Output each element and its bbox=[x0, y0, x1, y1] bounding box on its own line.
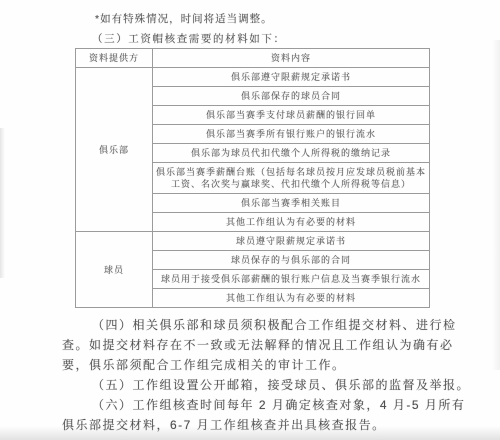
materials-table: 资料提供方 资料内容 俱乐部俱乐部遵守限薪规定承诺书俱乐部保存的球员合同俱乐部当… bbox=[75, 48, 430, 308]
table-row: 俱乐部俱乐部遵守限薪规定承诺书 bbox=[76, 68, 430, 87]
table-header-row: 资料提供方 资料内容 bbox=[76, 49, 430, 68]
material-cell: 球员遵守限薪规定承诺书 bbox=[153, 232, 430, 251]
table-header-provider: 资料提供方 bbox=[76, 49, 153, 68]
body-paragraphs: （四）相关俱乐部和球员须积极配合工作组提交材料、进行检查。如提交材料存在不一致或… bbox=[62, 315, 467, 435]
paragraph-line: （五）工作组设置公开邮箱，接受球员、俱乐部的监督及举报。 bbox=[62, 375, 467, 395]
section-three-heading: （三）工资帽核查需要的材料如下： bbox=[92, 31, 286, 46]
provider-cell: 球员 bbox=[76, 232, 153, 308]
provider-cell: 俱乐部 bbox=[76, 68, 153, 232]
paragraph-line: 要，俱乐部须配合工作组完成相关的审计工作。 bbox=[62, 355, 467, 375]
paragraph-line: 查。如提交材料存在不一致或无法解释的情况且工作组认为确有必 bbox=[62, 335, 467, 355]
special-note-line: *如有特殊情况，时间将适当调整。 bbox=[95, 11, 273, 26]
material-cell: 俱乐部当赛季所有银行账户的银行流水 bbox=[153, 125, 430, 144]
table-row: 球员球员遵守限薪规定承诺书 bbox=[76, 232, 430, 251]
material-cell: 俱乐部保存的球员合同 bbox=[153, 87, 430, 106]
material-cell: 俱乐部为球员代扣代缴个人所得税的缴纳记录 bbox=[153, 144, 430, 163]
table-header-content: 资料内容 bbox=[153, 49, 430, 68]
material-cell: 其他工作组认为有必要的材料 bbox=[153, 213, 430, 232]
scan-artifact-left bbox=[0, 128, 5, 278]
scan-artifact-right bbox=[492, 40, 500, 370]
material-cell: 俱乐部遵守限薪规定承诺书 bbox=[153, 68, 430, 87]
material-cell: 俱乐部当赛季薪酬台账（包括每名球员按月应发球员税前基本工资、名次奖与赢球奖、代扣… bbox=[153, 163, 430, 194]
material-cell: 其他工作组认为有必要的材料 bbox=[153, 289, 430, 308]
material-cell: 球员保存的与俱乐部的合同 bbox=[153, 251, 430, 270]
paragraph-line: （四）相关俱乐部和球员须积极配合工作组提交材料、进行检 bbox=[62, 315, 467, 335]
scanned-document-page: *如有特殊情况，时间将适当调整。 （三）工资帽核查需要的材料如下： 资料提供方 … bbox=[0, 0, 500, 440]
paragraph-line: 俱乐部提交材料，6-7 月工作组核查并出具核查报告。 bbox=[62, 415, 467, 435]
paragraph-line: （六）工作组核查时间每年 2 月确定核查对象，4 月-5 月所有 bbox=[62, 395, 467, 415]
material-cell: 球员用于接受俱乐部薪酬的银行账户信息及当赛季银行流水 bbox=[153, 270, 430, 289]
material-cell: 俱乐部当赛季支付球员薪酬的银行回单 bbox=[153, 106, 430, 125]
material-cell: 俱乐部当赛季相关账目 bbox=[153, 194, 430, 213]
